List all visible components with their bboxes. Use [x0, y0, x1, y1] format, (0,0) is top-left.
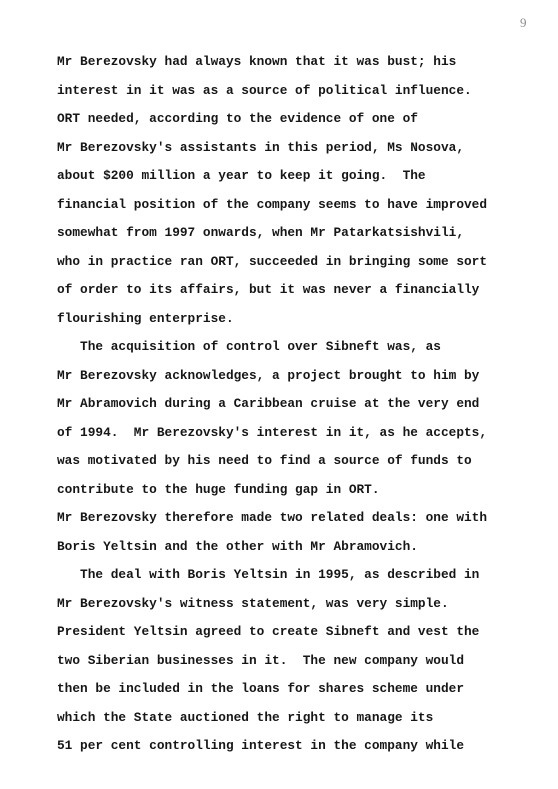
- text-line: Mr Abramovich during a Caribbean cruise …: [57, 390, 487, 419]
- text-line: interest in it was as a source of politi…: [57, 77, 487, 106]
- text-line: was motivated by his need to find a sour…: [57, 447, 487, 476]
- text-line: Mr Berezovsky had always known that it w…: [57, 48, 487, 77]
- text-line: flourishing enterprise.: [57, 305, 487, 334]
- text-line: The deal with Boris Yeltsin in 1995, as …: [57, 561, 487, 590]
- text-line: 51 per cent controlling interest in the …: [57, 732, 487, 761]
- text-line: of 1994. Mr Berezovsky's interest in it,…: [57, 419, 487, 448]
- page-number: 9: [520, 15, 527, 31]
- text-line: financial position of the company seems …: [57, 191, 487, 220]
- text-line: who in practice ran ORT, succeeded in br…: [57, 248, 487, 277]
- text-line: which the State auctioned the right to m…: [57, 704, 487, 733]
- text-line: The acquisition of control over Sibneft …: [57, 333, 487, 362]
- text-line: contribute to the huge funding gap in OR…: [57, 476, 487, 505]
- document-page: 9 Mr Berezovsky had always known that it…: [0, 0, 558, 789]
- text-line: President Yeltsin agreed to create Sibne…: [57, 618, 487, 647]
- text-line: somewhat from 1997 onwards, when Mr Pata…: [57, 219, 487, 248]
- text-line: Mr Berezovsky therefore made two related…: [57, 504, 487, 533]
- text-line: Mr Berezovsky's assistants in this perio…: [57, 134, 487, 163]
- text-line: of order to its affairs, but it was neve…: [57, 276, 487, 305]
- document-text: Mr Berezovsky had always known that it w…: [57, 48, 487, 761]
- text-line: two Siberian businesses in it. The new c…: [57, 647, 487, 676]
- text-line: Boris Yeltsin and the other with Mr Abra…: [57, 533, 487, 562]
- text-line: about $200 million a year to keep it goi…: [57, 162, 487, 191]
- text-line: then be included in the loans for shares…: [57, 675, 487, 704]
- text-line: Mr Berezovsky's witness statement, was v…: [57, 590, 487, 619]
- text-line: ORT needed, according to the evidence of…: [57, 105, 487, 134]
- text-line: Mr Berezovsky acknowledges, a project br…: [57, 362, 487, 391]
